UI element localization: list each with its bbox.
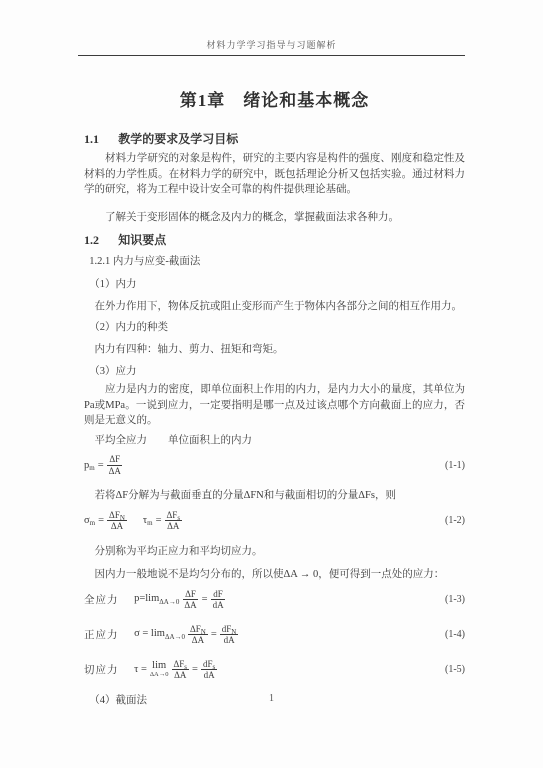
page-number: 1 bbox=[0, 693, 543, 704]
running-header: 材料力学学习指导与习题解析 bbox=[0, 0, 543, 51]
limit-text: 因内力一般地说不是均匀分布的，所以使ΔA → 0，便可得到一点处的应力： bbox=[84, 567, 465, 583]
section-title: 教学的要求及学习目标 bbox=[118, 132, 238, 146]
header-rule bbox=[78, 55, 465, 56]
chapter-title: 第1章 绪论和基本概念 bbox=[84, 86, 465, 111]
equation-1-2: σm = ΔFN ΔA τm = ΔFs ΔA (1-2) bbox=[84, 510, 465, 532]
equation-1-1: pm = ΔF ΔA (1-1) bbox=[84, 454, 465, 476]
eq-lhs: pm bbox=[84, 460, 95, 471]
fraction: ΔFs ΔA bbox=[172, 659, 190, 681]
equation-1-3: 全应力 p=limΔA→0 ΔF ΔA = dF dA (1-3) bbox=[84, 589, 465, 611]
equation-number: (1-2) bbox=[445, 515, 465, 526]
eq-lhs-sigma: σm bbox=[84, 515, 95, 526]
equation-body: pm = ΔF ΔA bbox=[84, 454, 123, 476]
item2-text: 内力有四种：轴力、剪力、扭矩和弯矩。 bbox=[84, 342, 465, 358]
section-heading-1-1: 1.1教学的要求及学习目标 bbox=[84, 130, 465, 147]
item3-heading: （3）应力 bbox=[84, 364, 465, 380]
equals-sign: = bbox=[211, 629, 217, 640]
equation-1-4: 正应力 σ = limΔA→0 ΔFN ΔA = dFN dA (1-4) bbox=[84, 624, 465, 646]
subsection-heading-1-2-1: 1.2.1 内力与应变-截面法 bbox=[84, 254, 465, 270]
item3-text: 应力是内力的密度，即单位面积上作用的内力，是内力大小的量度，其单位为Pa或MPa… bbox=[84, 382, 465, 429]
fraction: ΔF ΔA bbox=[107, 454, 123, 476]
equation-label: 正应力 bbox=[84, 627, 119, 642]
equals-sign: = bbox=[202, 594, 208, 605]
document-page: 材料力学学习指导与习题解析 第1章 绪论和基本概念 1.1教学的要求及学习目标 … bbox=[0, 0, 543, 768]
limit-operator: lim ΔA→0 bbox=[150, 661, 169, 679]
item1-heading: （1）内力 bbox=[84, 277, 465, 293]
page-content: 第1章 绪论和基本概念 1.1教学的要求及学习目标 材料力学研究的对象是构件，研… bbox=[0, 86, 543, 708]
equation-body: 切应力 τ = lim ΔA→0 ΔFs ΔA = dFs dA bbox=[84, 659, 217, 681]
eq-lhs: τ = bbox=[134, 664, 147, 675]
equals-sign: = bbox=[156, 515, 162, 526]
section-number: 1.2 bbox=[84, 233, 99, 247]
section-heading-1-2: 1.2知识要点 bbox=[84, 231, 465, 248]
fraction: ΔF ΔA bbox=[182, 589, 198, 611]
item1-text: 在外力作用下，物体反抗或阻止变形而产生于物体内各部分之间的相互作用力。 bbox=[84, 299, 465, 315]
paragraph-intro: 材料力学研究的对象是构件，研究的主要内容是构件的强度、刚度和稳定性及材料的力学性… bbox=[84, 151, 465, 198]
fraction: ΔFN ΔA bbox=[107, 510, 127, 532]
fraction: dFN dA bbox=[220, 624, 239, 646]
eq-lhs: p=limΔA→0 bbox=[134, 593, 179, 606]
fraction: ΔFs ΔA bbox=[165, 510, 183, 532]
equation-1-5: 切应力 τ = lim ΔA→0 ΔFs ΔA = dFs dA (1-5) bbox=[84, 659, 465, 681]
fraction: ΔFN ΔA bbox=[188, 624, 208, 646]
equation-label: 切应力 bbox=[84, 662, 119, 677]
equation-number: (1-4) bbox=[445, 629, 465, 640]
decompose-text: 若将ΔF分解为与截面垂直的分量ΔFN和与截面相切的分量ΔFs，则 bbox=[84, 488, 465, 504]
section-number: 1.1 bbox=[84, 132, 99, 146]
paragraph-goal: 了解关于变形固体的概念及内力的概念，掌握截面法求各种力。 bbox=[84, 210, 465, 226]
equation-number: (1-1) bbox=[445, 460, 465, 471]
equals-sign: = bbox=[192, 664, 198, 675]
avg-named-text: 分别称为平均正应力和平均切应力。 bbox=[84, 544, 465, 560]
eq-lhs-tau: τm bbox=[143, 515, 153, 526]
fraction: dFs dA bbox=[201, 659, 217, 681]
equals-sign: = bbox=[98, 515, 104, 526]
eq-lhs: σ = limΔA→0 bbox=[134, 628, 185, 641]
item2-heading: （2）内力的种类 bbox=[84, 320, 465, 336]
fraction: dF dA bbox=[211, 589, 226, 611]
section-title: 知识要点 bbox=[118, 233, 166, 247]
average-stress-line: 平均全应力 单位面积上的内力 bbox=[84, 433, 465, 449]
equation-label: 全应力 bbox=[84, 592, 119, 607]
equation-body: 正应力 σ = limΔA→0 ΔFN ΔA = dFN dA bbox=[84, 624, 238, 646]
equation-body: σm = ΔFN ΔA τm = ΔFs ΔA bbox=[84, 510, 182, 532]
equation-number: (1-5) bbox=[445, 664, 465, 675]
equation-body: 全应力 p=limΔA→0 ΔF ΔA = dF dA bbox=[84, 589, 226, 611]
equation-number: (1-3) bbox=[445, 594, 465, 605]
equals-sign: = bbox=[98, 460, 104, 471]
